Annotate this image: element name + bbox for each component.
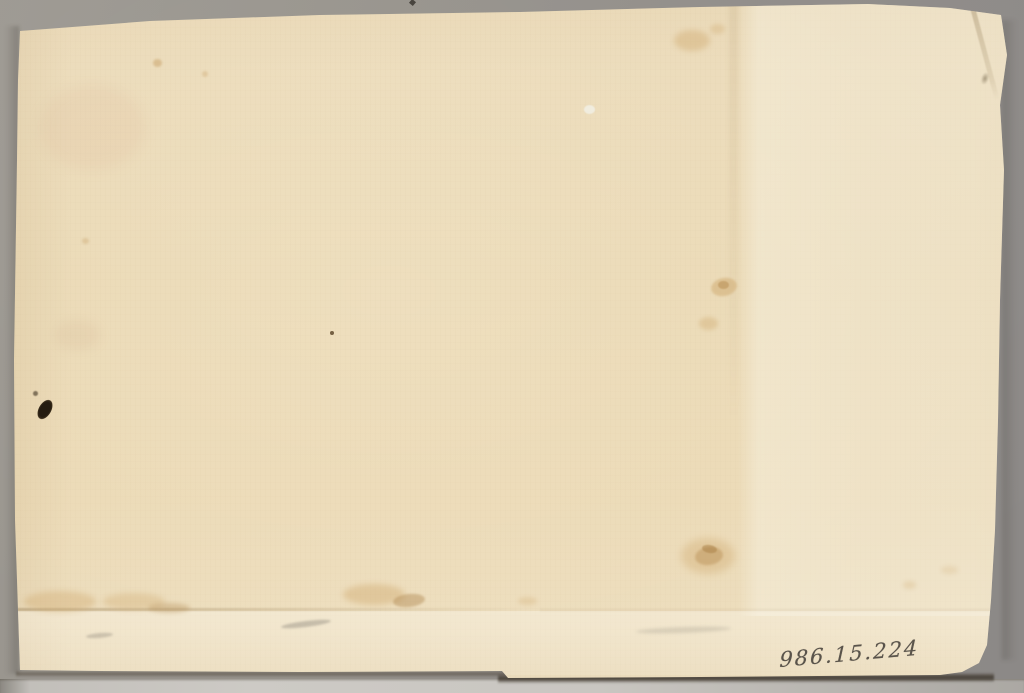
- foxing-stain-top: [710, 24, 725, 34]
- stain-smudge: [148, 603, 190, 613]
- foxing-stain-core: [718, 281, 729, 289]
- stain-smudge: [518, 597, 537, 605]
- cast-shadow-right: [1002, 20, 1017, 660]
- discoloration-blush: [40, 85, 145, 170]
- wormhole-tail: [33, 391, 38, 396]
- foxing-freckle: [202, 71, 208, 77]
- foxing-stain-top: [674, 30, 710, 51]
- dark-speck: [330, 331, 334, 335]
- foxing-stain: [699, 317, 718, 330]
- band-boundary-crease: [729, 0, 738, 420]
- faint-stain: [941, 566, 958, 574]
- fold-crease-line: [16, 608, 551, 611]
- stain-smudge: [24, 591, 96, 612]
- white-fleck: [584, 105, 595, 114]
- photograph-of-paper-verso: 986.15.224: [0, 0, 1024, 693]
- foxing-freckle: [153, 59, 162, 67]
- fold-crease-line-faint: [540, 609, 990, 611]
- paper-sheet: 986.15.224: [0, 0, 1024, 693]
- faint-stain: [903, 581, 916, 589]
- foxing-freckle: [82, 238, 89, 244]
- background-speck: [409, 0, 416, 6]
- light-vertical-band: [738, 0, 1008, 616]
- discoloration-blush: [55, 320, 100, 350]
